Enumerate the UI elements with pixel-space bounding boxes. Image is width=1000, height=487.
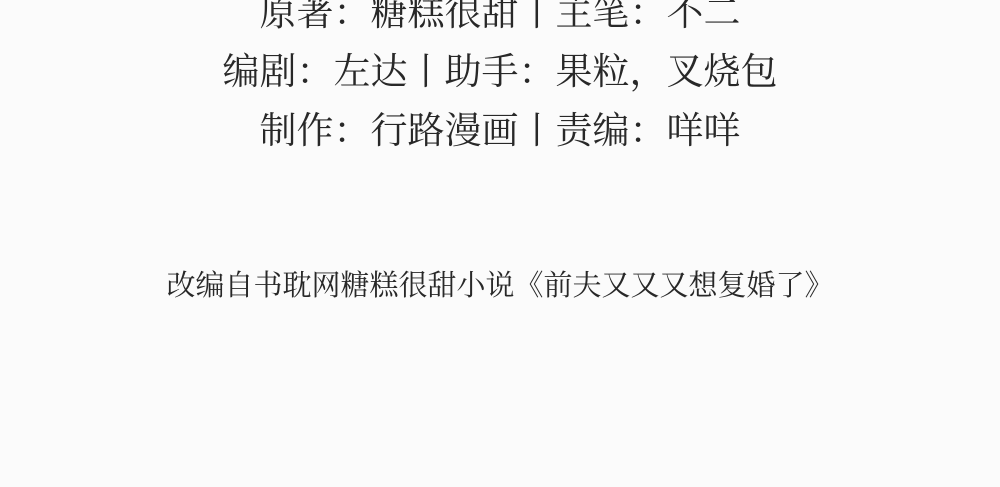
- credit-line-original-author: 原著：糖糕很甜丨主笔：不二: [0, 0, 1000, 42]
- credits-block: 原著：糖糕很甜丨主笔：不二 编剧：左达丨助手：果粒，叉烧包 制作：行路漫画丨责编…: [0, 0, 1000, 160]
- comic-credits-page: 原著：糖糕很甜丨主笔：不二 编剧：左达丨助手：果粒，叉烧包 制作：行路漫画丨责编…: [0, 0, 1000, 487]
- credit-line-production: 制作：行路漫画丨责编：咩咩: [0, 101, 1000, 160]
- adaptation-note: 改编自书耽网糖糕很甜小说《前夫又又又想复婚了》: [0, 268, 1000, 304]
- credit-line-screenwriter: 编剧：左达丨助手：果粒，叉烧包: [0, 42, 1000, 101]
